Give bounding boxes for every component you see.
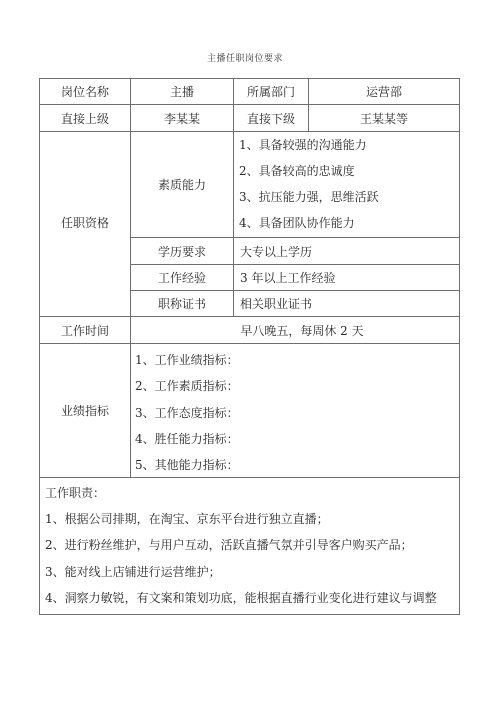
list-item: 4、洞察力敏锐，有文案和策划功底，能根据直播行业变化进行建议与调整: [45, 589, 437, 606]
label-department: 所属部门: [234, 79, 308, 104]
label-qualifications: 任职资格: [40, 132, 130, 316]
label-experience: 工作经验: [131, 265, 233, 290]
table-border-bottom: [39, 614, 460, 615]
list-item: 3、能对线上店铺进行运营维护；: [45, 563, 221, 580]
label-position-name: 岗位名称: [40, 79, 130, 104]
list-item: 2、具备较高的忠诚度: [239, 162, 355, 179]
value-direct-superior: 李某某: [131, 105, 233, 131]
list-item: 1、工作业绩指标：: [135, 351, 239, 368]
list-item: 2、工作素质指标：: [135, 377, 239, 394]
list-item: 5、其他能力指标：: [135, 456, 239, 473]
label-direct-superior: 直接上级: [40, 105, 130, 131]
duties-heading: 工作职责：: [45, 484, 105, 501]
document-title: 主播任职岗位要求: [0, 51, 500, 64]
list-item: 4、胜任能力指标：: [135, 430, 239, 447]
label-education: 学历要求: [131, 238, 233, 264]
value-direct-subordinate: 王某某等: [309, 105, 459, 131]
value-department: 运营部: [309, 79, 459, 104]
value-position-name: 主播: [131, 79, 233, 104]
list-item: 2、进行粉丝维护，与用户互动，活跃直播气氛并引导客户购买产品；: [45, 536, 413, 553]
label-work-time: 工作时间: [40, 317, 130, 343]
label-direct-subordinate: 直接下级: [234, 105, 308, 131]
quality-ability-list: 1、具备较强的沟通能力 2、具备较高的忠诚度 3、抗压能力强，思维活跃 4、具备…: [239, 132, 459, 237]
table-border-right: [459, 78, 460, 615]
performance-indicator-list: 1、工作业绩指标： 2、工作素质指标： 3、工作态度指标： 4、胜任能力指标： …: [135, 344, 455, 477]
list-item: 1、具备较强的沟通能力: [239, 136, 367, 153]
job-duties-section: 工作职责： 1、根据公司排期，在淘宝、京东平台进行独立直播； 2、进行粉丝维护，…: [45, 478, 457, 614]
value-experience: 3 年以上工作经验: [234, 265, 459, 290]
list-item: 3、工作态度指标：: [135, 404, 239, 421]
label-quality-ability: 素质能力: [131, 132, 233, 237]
value-education: 大专以上学历: [234, 238, 459, 264]
list-item: 4、具备团队协作能力: [239, 214, 355, 231]
value-work-time: 早八晚五，每周休 2 天: [131, 317, 459, 343]
list-item: 3、抗压能力强，思维活跃: [239, 188, 379, 205]
label-performance-indicators: 业绩指标: [40, 344, 130, 477]
list-item: 1、根据公司排期，在淘宝、京东平台进行独立直播；: [45, 510, 329, 527]
value-certificate: 相关职业证书: [234, 291, 459, 316]
label-certificate: 职称证书: [131, 291, 233, 316]
